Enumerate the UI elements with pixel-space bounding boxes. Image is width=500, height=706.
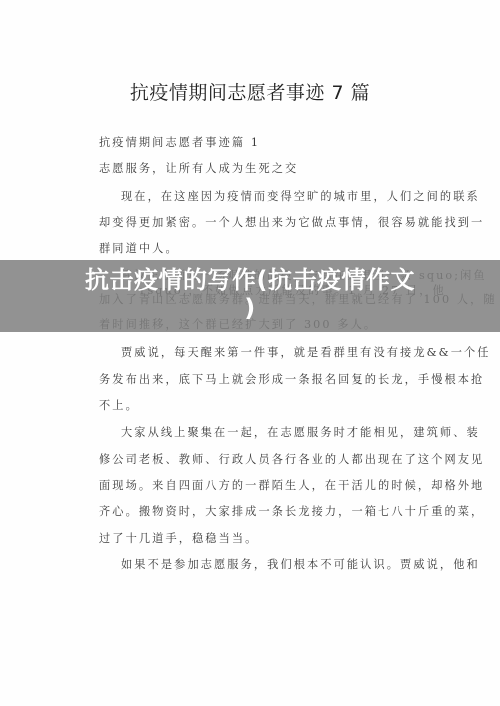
document-title: 抗疫情期间志愿者事迹 7 篇	[0, 78, 500, 105]
banner-title-line1: 抗击疫情的写作(抗击疫情作文	[0, 266, 500, 294]
paragraph-line: 大家从线上聚集在一起，在志愿服务时才能相见，建筑师、装	[121, 426, 419, 440]
paragraph-line: 贾威说，每天醒来第一件事，就是看群里有没有接龙&&一个任	[121, 346, 419, 360]
paragraph-line: 现在，在这座因为疫情而变得空旷的城市里，人们之间的联系	[121, 190, 419, 204]
paragraph-line: 群同道中人。	[99, 242, 419, 256]
section-subtitle: 抗疫情期间志愿者事迹篇 1	[99, 136, 419, 150]
paragraph-line: 齐心。搬物资时，大家排成一条长龙接力，一箱七八十斤重的菜，	[99, 505, 419, 519]
paragraph-line: 面现场。来自四面八方的一群陌生人，在干活儿的时候，却格外地	[99, 479, 419, 493]
paragraph-line: 不上。	[99, 399, 419, 413]
banner-title-line2: )	[0, 294, 500, 322]
paragraph-line: 修公司老板、教师、行政人员各行各业的人都出现在了这个网友见	[99, 453, 419, 467]
paragraph-line: 务发布出来，底下马上就会形成一条报名回复的长龙，手慢根本抢	[99, 373, 419, 387]
paragraph-line: 如果不是参加志愿服务，我们根本不可能认识。贾威说，他和	[121, 558, 419, 572]
paragraph-line: 过了十几道手，稳稳当当。	[99, 532, 419, 546]
section-heading: 志愿服务，让所有人成为生死之交	[99, 162, 419, 176]
overlay-banner-title: 抗击疫情的写作(抗击疫情作文 )	[0, 266, 500, 322]
paragraph-line: 却变得更加紧密。一个人想出来为它做点事情，很容易就能找到一	[99, 216, 419, 230]
document-page: 抗疫情期间志愿者事迹 7 篇 抗疫情期间志愿者事迹篇 1 志愿服务，让所有人成为…	[0, 0, 500, 706]
